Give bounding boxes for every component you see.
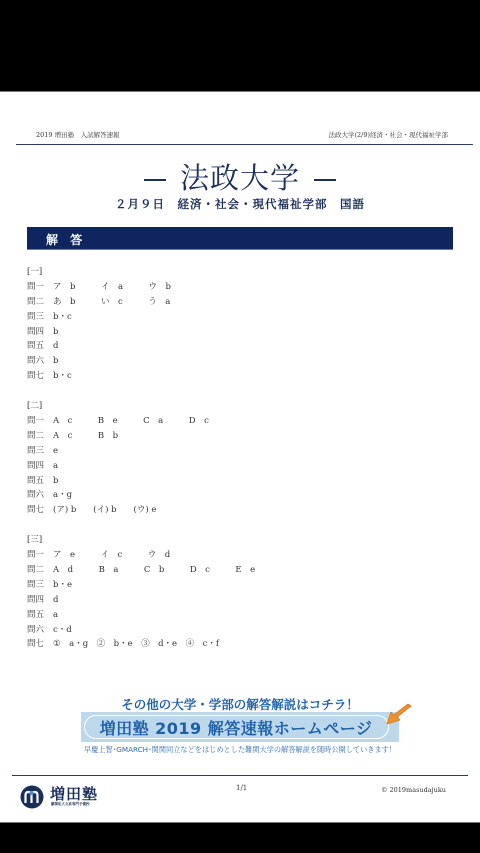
answer-row: 問四d — [27, 593, 457, 608]
question-label: 問六 — [27, 623, 53, 638]
header-left-text: 2019 増田塾 入試解答速報 — [36, 130, 120, 139]
promo-note: 早慶上智･GMARCH･関関同立などをはじめとした難関大学の解答解説を随時公開し… — [0, 745, 480, 755]
group-label: [二] — [27, 399, 457, 414]
answer-value: a — [53, 459, 58, 474]
arrow-pointer-icon — [385, 703, 413, 727]
answer-value: b・c — [53, 310, 72, 325]
group-label: [一] — [27, 265, 457, 280]
answer-value: あ b い c う a — [53, 295, 170, 310]
answer-row: 問四a — [27, 459, 457, 474]
answer-row: 問三b・e — [27, 578, 457, 593]
answer-row: 問三b・c — [27, 310, 457, 325]
answer-row: 問一ア e イ c ウ d — [27, 548, 457, 563]
question-label: 問五 — [27, 608, 53, 623]
answer-value: a・g — [53, 488, 72, 503]
question-label: 問二 — [27, 429, 53, 444]
answer-row: 問二あ b い c う a — [27, 295, 457, 310]
group-label: [三] — [27, 533, 457, 548]
answer-row: 問五d — [27, 339, 457, 354]
answer-value: b — [53, 325, 58, 340]
answer-row: 問五b — [27, 474, 457, 489]
question-label: 問五 — [27, 474, 53, 489]
answer-row: 問六b — [27, 354, 457, 369]
copyright-text: © 2019masudajuku — [381, 786, 446, 794]
section-label: 解 答 — [46, 231, 86, 248]
logo-name: 増田塾 — [50, 783, 98, 804]
answer-value: A c B b — [53, 429, 118, 444]
answer-row: 問三e — [27, 444, 457, 459]
answer-row: 問五a — [27, 608, 457, 623]
question-label: 問七 — [27, 503, 53, 518]
answer-row: 問六c・d — [27, 623, 457, 638]
question-label: 問二 — [27, 295, 53, 310]
answer-row: 問七(ア) b (イ) b (ウ) e — [27, 503, 457, 518]
answer-value: e — [53, 444, 58, 459]
answer-value: ① a・g ② b・e ③ d・e ④ c・f — [53, 637, 219, 652]
page-subtitle: ２月９日 経済・社会・現代福祉学部 国語 — [0, 196, 480, 212]
pdf-page: 2019 増田塾 入試解答速報 法政大学(2/9)経済・社会・現代福祉学部 法政… — [0, 91, 480, 823]
answer-value: (ア) b (イ) b (ウ) e — [53, 503, 156, 518]
question-label: 問四 — [27, 459, 53, 474]
question-label: 問五 — [27, 339, 53, 354]
question-label: 問一 — [27, 414, 53, 429]
answer-value: b — [53, 354, 58, 369]
footer-divider — [12, 775, 468, 776]
answer-group-1: [一] 問一ア b イ a ウ b 問二あ b い c う a 問三b・c 問四… — [27, 265, 457, 384]
question-label: 問七 — [27, 369, 53, 384]
title-text: 法政大学 — [180, 161, 300, 195]
answer-group-3: [三] 問一ア e イ c ウ d 問二A d B a C b D c E e … — [27, 533, 457, 652]
question-label: 問一 — [27, 548, 53, 563]
answer-group-2: [二] 問一A c B e C a D c 問二A c B b 問三e 問四a … — [27, 399, 457, 518]
answer-value: b・c — [53, 369, 72, 384]
answer-row: 問七① a・g ② b・e ③ d・e ④ c・f — [27, 637, 457, 652]
answer-value: d — [53, 339, 58, 354]
page-number: 1/1 — [236, 784, 247, 792]
logo-tagline: 難関私大文系専門予備校 — [51, 802, 90, 807]
answer-row: 問七b・c — [27, 369, 457, 384]
answers-section-bar: 解 答 — [27, 227, 453, 250]
header-divider — [16, 144, 473, 145]
answer-row: 問二A d B a C b D c E e — [27, 563, 457, 578]
question-label: 問六 — [27, 488, 53, 503]
header-right-text: 法政大学(2/9)経済・社会・現代福祉学部 — [328, 130, 448, 139]
question-label: 問六 — [27, 354, 53, 369]
masudajuku-logo: 増田塾 難関私大文系専門予備校 — [20, 783, 110, 811]
answer-value: ア b イ a ウ b — [53, 280, 171, 295]
question-label: 問四 — [27, 593, 53, 608]
answer-row: 問六a・g — [27, 488, 457, 503]
question-label: 問三 — [27, 444, 53, 459]
answer-value: b・e — [53, 578, 72, 593]
question-label: 問三 — [27, 578, 53, 593]
answer-value: A d B a C b D c E e — [53, 563, 255, 578]
banner-text: 増田塾 2019 解答速報ホームページ — [81, 716, 391, 739]
question-label: 問二 — [27, 563, 53, 578]
answer-row: 問四b — [27, 325, 457, 340]
homepage-link-banner[interactable]: 増田塾 2019 解答速報ホームページ — [81, 712, 399, 742]
title-dash-left — [144, 179, 166, 181]
answer-value: b — [53, 474, 58, 489]
logo-m-icon — [20, 785, 44, 809]
question-label: 問三 — [27, 310, 53, 325]
answer-value: a — [53, 608, 58, 623]
question-label: 問一 — [27, 280, 53, 295]
answers-list: [一] 問一ア b イ a ウ b 問二あ b い c う a 問三b・c 問四… — [27, 265, 457, 667]
answer-row: 問一A c B e C a D c — [27, 414, 457, 429]
answer-value: d — [53, 593, 58, 608]
title-dash-right — [314, 179, 336, 181]
answer-value: A c B e C a D c — [53, 414, 209, 429]
question-label: 問七 — [27, 637, 53, 652]
answer-value: c・d — [53, 623, 72, 638]
question-label: 問四 — [27, 325, 53, 340]
page-title: 法政大学 — [0, 156, 480, 197]
answer-value: ア e イ c ウ d — [53, 548, 170, 563]
answer-row: 問二A c B b — [27, 429, 457, 444]
answer-row: 問一ア b イ a ウ b — [27, 280, 457, 295]
